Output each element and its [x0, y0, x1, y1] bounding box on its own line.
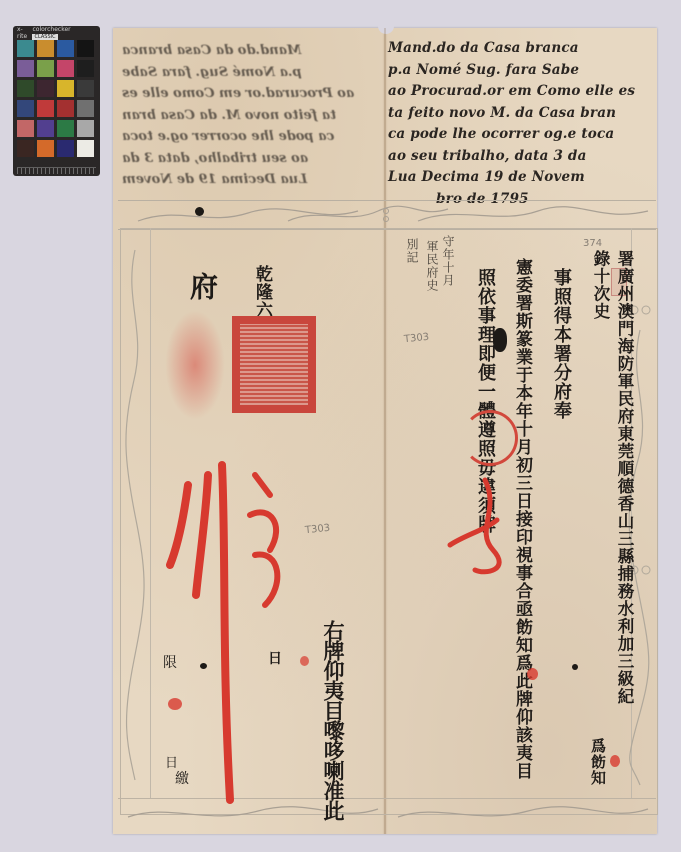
- color-swatch: [17, 80, 34, 97]
- ri-character: 日: [268, 648, 282, 668]
- color-swatch-grid: [17, 40, 94, 157]
- note-line: ao Procurad.or em Como elle es: [388, 81, 658, 103]
- red-brush-mark-icon: [445, 450, 505, 580]
- ruler: [17, 167, 96, 174]
- bleed-line: p.a Nomé Sug. fara Sabe: [122, 62, 384, 84]
- text-col-header: 署廣州澳門海防軍民府東莞順德香山三縣捕務水利加三級紀錄十次史: [588, 250, 636, 720]
- color-swatch: [37, 120, 54, 137]
- ink-spot: [195, 207, 204, 216]
- color-swatch: [37, 40, 54, 57]
- color-checker-header: x-rite colorchecker CLASSIC: [17, 28, 96, 38]
- bleed-through-text: Mand.do da Casa branca p.a Nomé Sug. far…: [122, 40, 384, 191]
- color-swatch: [77, 40, 94, 57]
- note-line: ca pode lhe ocorrer og.e toca: [388, 124, 658, 146]
- annotation-c: 別記: [404, 238, 421, 264]
- black-oval-seal: [493, 328, 507, 352]
- folio-number: 374: [583, 238, 602, 249]
- note-line: ta feito novo M. da Casa bran: [388, 103, 658, 125]
- color-swatch: [37, 80, 54, 97]
- bleed-line: Mand.do da Casa branca: [122, 40, 384, 62]
- note-line: ao seu tribalho, data 3 da: [388, 146, 658, 168]
- bleed-line: ta feito novo M. da Casa bran: [122, 105, 384, 127]
- color-swatch: [77, 80, 94, 97]
- official-red-seal: [232, 316, 316, 413]
- ink-spot: [200, 663, 207, 669]
- color-swatch: [17, 140, 34, 157]
- color-swatch: [17, 40, 34, 57]
- color-checker-card: x-rite colorchecker CLASSIC: [13, 26, 100, 176]
- note-line: Lua Decima 19 de Novem: [388, 167, 658, 189]
- bleed-line: ao seu tribalho, data 3 da: [122, 148, 384, 170]
- note-line: p.a Nomé Sug. fara Sabe: [388, 60, 658, 82]
- color-swatch: [77, 60, 94, 77]
- red-ink-spot: [610, 755, 620, 767]
- color-swatch: [17, 60, 34, 77]
- note-line: Mand.do da Casa branca: [388, 38, 658, 60]
- red-ink-spot: [300, 656, 309, 666]
- color-swatch: [57, 140, 74, 157]
- bleed-line: ca pode lhe ocorrer og.e toca: [122, 126, 384, 148]
- bleed-line: ao Procurad.or em Como elle es: [122, 83, 384, 105]
- left-vine-ornament-icon: [122, 240, 148, 790]
- red-ink-spot: [168, 698, 182, 710]
- fu-character: 府: [182, 272, 222, 301]
- color-checker-brand: x-rite: [17, 26, 32, 40]
- xian-character: 限: [163, 652, 177, 672]
- jiao-character: 繳: [175, 768, 189, 788]
- color-swatch: [77, 120, 94, 137]
- color-swatch: [57, 40, 74, 57]
- red-signature-icon: [160, 455, 300, 810]
- color-swatch: [57, 80, 74, 97]
- color-swatch: [77, 100, 94, 117]
- color-swatch: [17, 120, 34, 137]
- color-swatch: [17, 100, 34, 117]
- recipient-line: 右牌仰夷目嚟哆喇准此: [318, 620, 348, 820]
- red-ink-smudge: [165, 310, 225, 420]
- text-col-2: 事照得本署分府奉: [548, 268, 574, 420]
- color-swatch: [57, 100, 74, 117]
- color-swatch: [37, 140, 54, 157]
- red-ink-spot: [527, 668, 538, 680]
- text-col-header-tail: 爲飭知: [588, 738, 609, 786]
- color-swatch: [37, 100, 54, 117]
- ink-spot: [572, 664, 578, 670]
- bleed-line: Lua Decima 19 de Novem: [122, 169, 384, 191]
- color-swatch: [37, 60, 54, 77]
- annotation-a: 守年十月: [440, 235, 457, 287]
- color-swatch: [77, 140, 94, 157]
- color-checker-label: colorchecker: [32, 26, 70, 33]
- paper-notch: [378, 18, 394, 34]
- annotation-b: 軍民府史: [424, 240, 441, 292]
- color-swatch: [57, 60, 74, 77]
- portuguese-note: Mand.do da Casa branca p.a Nomé Sug. far…: [388, 38, 658, 210]
- color-swatch: [57, 120, 74, 137]
- text-col-3: 憲委署斯篆業于本年十月初三日接印視事合亟飭知爲此牌仰該夷目: [510, 258, 535, 798]
